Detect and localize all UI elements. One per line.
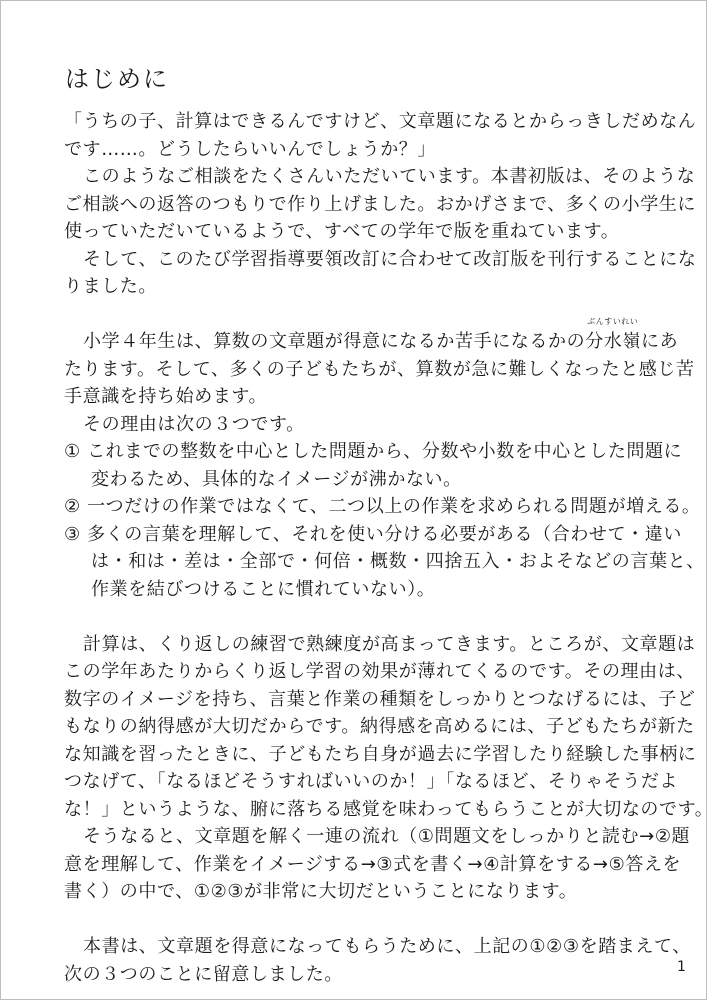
list-number: ② [64, 496, 81, 517]
paragraph-flow: そうなると、文章題を解く一連の流れ（①問題文をしっかりと読む→②題 意を理解して… [64, 823, 654, 906]
text-line: は・和は・差は・全部で・何倍・概数・四捨五入・およそなどの言葉と、 [64, 548, 654, 576]
list-item: ③ 多くの言葉を理解して、それを使い分ける必要がある（合わせて・違い は・和は・… [64, 521, 654, 604]
text-line: 作業を結びつけることに慣れていない）。 [64, 576, 654, 604]
list-item: ① これまでの整数を中心とした問題から、分数や小数を中心とした問題に 変わるため… [64, 438, 654, 493]
text-line: 「うちの子、計算はできるんですけど、文章題になるとからっきしだめなん [64, 108, 654, 136]
ruby-annotated-word: ぶんすいれい分水嶺 [585, 328, 641, 356]
text-line: 使っていただいているようで、すべての学年で版を重ねています。 [64, 218, 654, 246]
text-line: 計算は、くり返しの練習で熟練度が高まってきます。ところが、文章題は [64, 631, 654, 659]
text-line: な知識を習ったときに、子どもたち自身が過去に学習したり経験した事柄に [64, 741, 654, 769]
reasons-list: ① これまでの整数を中心とした問題から、分数や小数を中心とした問題に 変わるため… [64, 438, 654, 603]
text-line: 次の３つのことに留意しました。 [64, 961, 654, 989]
text-line: ご相談への返答のつもりで作り上げました。おかげさまで、多くの小学生に [64, 191, 654, 219]
list-text: これまでの整数を中心とした問題から、分数や小数を中心とした問題に [87, 441, 682, 462]
text-line: ③ 多くの言葉を理解して、それを使い分ける必要がある（合わせて・違い [64, 521, 654, 549]
list-number: ③ [64, 524, 81, 545]
paragraph-gap [64, 301, 654, 329]
list-text: 多くの言葉を理解して、それを使い分ける必要がある（合わせて・違い [87, 524, 682, 545]
text-line: ① これまでの整数を中心とした問題から、分数や小数を中心とした問題に [64, 438, 654, 466]
text-line: つなげて、「なるほどそうすればいいのか！」「なるほど、そりゃそうだよ [64, 768, 654, 796]
ruby-base: 分水嶺 [585, 331, 641, 352]
body-text: 「うちの子、計算はできるんですけど、文章題になるとからっきしだめなん です……。… [64, 108, 654, 988]
list-item: ② 一つだけの作業ではなくて、二つ以上の作業を求められる問題が増える。 [64, 493, 654, 521]
text-line: このようなご相談をたくさんいただいています。本書初版は、そのような [64, 163, 654, 191]
text-line: 書く）の中で、①②③が非常に大切だということになります。 [64, 878, 654, 906]
text-line: 数字のイメージを持ち、言葉と作業の種類をしっかりとつなげるには、子ど [64, 686, 654, 714]
text-line: な！」というような、腑に落ちる感覚を味わってもらうことが大切なのです。 [64, 796, 654, 824]
list-number: ① [64, 441, 81, 462]
paragraph-gap [64, 603, 654, 631]
text-line: 意を理解して、作業をイメージする→③式を書く→④計算をする→⑤答えを [64, 851, 654, 879]
paragraph-revision: そして、このたび学習指導要領改訂に合わせて改訂版を刊行することにな りました。 [64, 246, 654, 301]
text-line: この学年あたりからくり返し学習の効果が薄れてくるのです。その理由は、 [64, 658, 654, 686]
text-segment: 小学４年生は、算数の文章題が得意になるか苦手になるかの [83, 331, 585, 352]
text-segment: にあ [641, 331, 678, 352]
paragraph-book-focus: 本書は、文章題を得意になってもらうために、上記の①②③を踏まえて、 次の３つのこ… [64, 933, 654, 988]
text-line-reasons-intro: その理由は次の３つです。 [64, 411, 654, 439]
text-line: たります。そして、多くの子どもたちが、算数が急に難しくなったと感じ苦 [64, 356, 654, 384]
paragraph-quote: 「うちの子、計算はできるんですけど、文章題になるとからっきしだめなん です……。… [64, 108, 654, 163]
text-line: もなりの納得感が大切だからです。納得感を高めるには、子どもたちが新た [64, 713, 654, 741]
paragraph-gap [64, 906, 654, 934]
text-line: 本書は、文章題を得意になってもらうために、上記の①②③を踏まえて、 [64, 933, 654, 961]
text-line: 変わるため、具体的なイメージが沸かない。 [64, 466, 654, 494]
paragraph-fourth-grade: 小学４年生は、算数の文章題が得意になるか苦手になるかのぶんすいれい分水嶺にあ た… [64, 328, 654, 411]
paragraph-calculation: 計算は、くり返しの練習で熟練度が高まってきます。ところが、文章題は この学年あた… [64, 631, 654, 824]
ruby-reading: ぶんすいれい [587, 318, 638, 326]
page-title: はじめに [65, 63, 169, 95]
paragraph-consultation: このようなご相談をたくさんいただいています。本書初版は、そのような ご相談への返… [64, 163, 654, 246]
text-line: ② 一つだけの作業ではなくて、二つ以上の作業を求められる問題が増える。 [64, 493, 654, 521]
text-line: そして、このたび学習指導要領改訂に合わせて改訂版を刊行することにな [64, 246, 654, 274]
document-page: はじめに 「うちの子、計算はできるんですけど、文章題になるとからっきしだめなん … [0, 0, 707, 1000]
text-line: です……。どうしたらいいんでしょうか？」 [64, 136, 654, 164]
list-text: 一つだけの作業ではなくて、二つ以上の作業を求められる問題が増える。 [87, 496, 700, 517]
text-line: そうなると、文章題を解く一連の流れ（①問題文をしっかりと読む→②題 [64, 823, 654, 851]
text-line: 小学４年生は、算数の文章題が得意になるか苦手になるかのぶんすいれい分水嶺にあ [64, 328, 654, 356]
text-line: 手意識を持ち始めます。 [64, 383, 654, 411]
text-line: りました。 [64, 273, 654, 301]
page-number: 1 [677, 959, 686, 975]
